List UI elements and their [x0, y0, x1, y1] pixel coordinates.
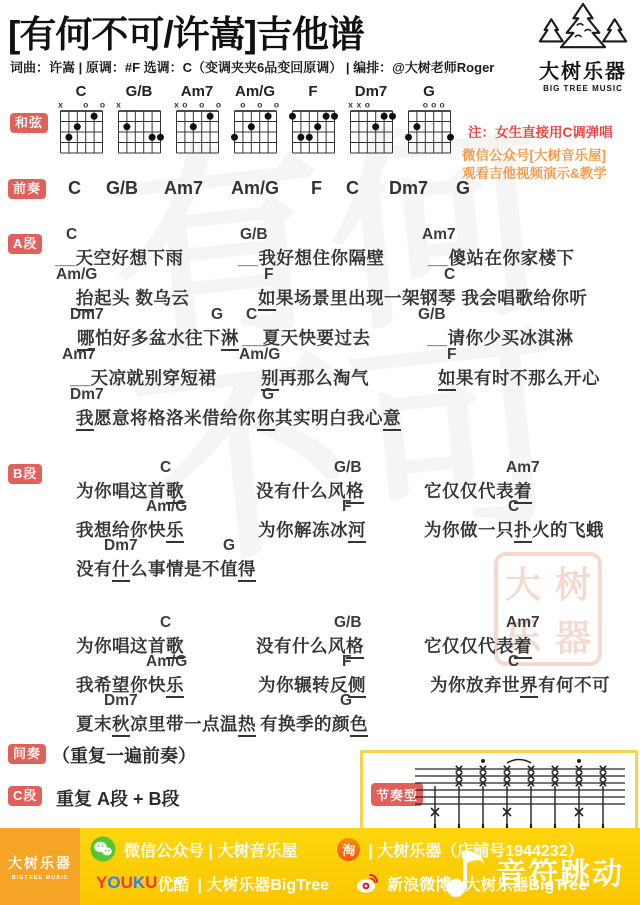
chord-name: G: [400, 84, 458, 99]
lyric-text: 果场景里出现一架钢琴 我会唱歌给你听: [276, 288, 587, 308]
lyric-text: 凉里带一点温: [130, 714, 238, 734]
chord-label: F: [342, 653, 351, 671]
chord-name: C: [52, 84, 110, 99]
svg-text:o: o: [364, 100, 369, 110]
youku-letter: U: [145, 873, 157, 892]
footer-youku-text: | 大树乐器BigTree: [197, 872, 329, 895]
chord-label: F: [342, 498, 351, 516]
lyric-text: 没有: [76, 559, 112, 579]
lyric-text: 愿意将格洛米借给你: [94, 408, 256, 428]
note-watermark-text: 音符跳动: [496, 849, 624, 893]
credits-line: 词曲：许嵩 | 原调：#F 选调：C（变调夹夹6品变回原调） | 编排：@大树老…: [10, 57, 494, 76]
chord-name: G/B: [110, 84, 168, 99]
lyric-text: 起头 数乌云: [94, 288, 189, 308]
chord-label: F: [264, 266, 273, 284]
underlined-char: 河: [348, 520, 366, 543]
lyric-phrase: 为你解冻冰河: [258, 517, 366, 542]
chord-grid: x: [111, 99, 168, 157]
note-wechat-text: 微信公众号[大树音乐屋]: [462, 144, 606, 164]
logo-subtitle: BIG TREE MUSIC: [528, 84, 638, 93]
intro-chord: G: [456, 178, 470, 199]
chord-label: G/B: [334, 459, 362, 477]
chord-label: F: [447, 346, 456, 364]
note-red-text: 注：女生直接用C调弹唱: [468, 121, 613, 141]
lyric-phrase: __我好想住你隔壁: [238, 245, 384, 270]
youku-suffix: 优酷: [157, 872, 189, 895]
chord-grid: [285, 99, 342, 157]
chord-grid: xooo: [169, 99, 226, 157]
lyric-text: __天空好想下雨: [55, 248, 183, 268]
intro-badge: 前奏: [8, 179, 46, 199]
chord-grid: ooo: [227, 99, 284, 157]
underlined-char: 界: [520, 675, 538, 698]
pine-trees-icon: [535, 2, 631, 52]
chord-label: Am7: [62, 346, 96, 364]
svg-text:o: o: [182, 100, 187, 110]
chord-diagram-g-b: G/Bx: [110, 84, 168, 162]
chord-diagram-dm7: Dm7xxo: [342, 84, 400, 162]
c-section-text: 重复 A段 + B段: [56, 785, 180, 811]
lyric-phrase: 别再那么淘气: [261, 365, 369, 390]
lyric-text: 没有什么风: [256, 481, 346, 501]
svg-text:x: x: [174, 100, 179, 110]
chord-label: Dm7: [104, 692, 138, 710]
svg-text:o: o: [431, 100, 436, 110]
lyric-text: 有何不可: [538, 675, 610, 695]
chord-diagram-am-g: Am/Gooo: [226, 84, 284, 162]
underlined-char: 如: [258, 288, 276, 311]
svg-text:x: x: [356, 100, 361, 110]
lyric-text: 为你辗转反: [258, 675, 348, 695]
chord-diagram-row: CxooG/BxAm7xoooAm/GoooFDm7xxoGooo: [52, 84, 458, 162]
svg-text:x: x: [348, 100, 353, 110]
chord-label: Am/G: [146, 653, 187, 671]
wechat-icon: [90, 836, 116, 862]
svg-text:o: o: [199, 100, 204, 110]
lyric-text: __我好想住你隔壁: [238, 248, 384, 268]
svg-text:o: o: [422, 100, 427, 110]
intro-chord: F: [311, 178, 322, 199]
lyric-text: 它仅仅代表: [424, 636, 514, 656]
svg-text:o: o: [99, 100, 104, 110]
intro-chord: C: [68, 178, 81, 199]
lyric-text: __夏天快要过去: [242, 328, 370, 348]
svg-text:o: o: [439, 100, 444, 110]
lyric-phrase: 你其实明白我心意: [257, 405, 401, 430]
lyric-text: 再那么淘气: [279, 368, 369, 388]
svg-text:o: o: [257, 100, 262, 110]
underlined-char: 如: [438, 368, 456, 391]
chord-label: Am7: [506, 459, 540, 477]
note-jump-watermark: 音符跳动: [438, 840, 624, 902]
underlined-char: 秋: [112, 714, 130, 737]
weibo-icon: [355, 871, 379, 895]
chord-label: C: [246, 306, 257, 324]
intro-chord: G/B: [106, 178, 138, 199]
lyric-phrase: 夏末秋凉里带一点温热: [76, 711, 256, 736]
underlined-char: 得: [238, 559, 256, 582]
underlined-char: 淋: [221, 328, 239, 351]
underlined-char: 你: [257, 408, 275, 431]
section-badge-0: A段: [8, 234, 42, 254]
chord-grid: xxo: [343, 99, 400, 157]
page-title: [有何不可/许嵩]吉他谱: [8, 4, 364, 58]
lyric-text: 为你放弃世: [430, 675, 520, 695]
chord-name: Am/G: [226, 84, 284, 99]
underlined-char: 我: [76, 408, 94, 431]
chord-label: C: [508, 498, 519, 516]
youku-letter: K: [133, 873, 145, 892]
chord-label: Dm7: [70, 386, 104, 404]
intro-chord: Am/G: [231, 178, 279, 199]
youku-letter: O: [107, 873, 120, 892]
underlined-char: 扑: [514, 520, 532, 543]
c-section-badge: C段: [8, 786, 42, 806]
chord-label: Am7: [506, 614, 540, 632]
underlined-char: 什: [112, 559, 130, 582]
chord-label: Am/G: [239, 346, 280, 364]
chord-diagram-g: Gooo: [400, 84, 458, 162]
chord-diagram-f: F: [284, 84, 342, 162]
guitar-tab-sheet: 有何不可 大树乐器 [有何不可/许嵩]吉他谱 词曲：许嵩 | 原调：#F 选调：…: [0, 0, 640, 905]
lyric-phrase: 如果有时不那么开心: [438, 365, 600, 390]
svg-text:o: o: [83, 100, 88, 110]
music-note-icon: [438, 840, 496, 902]
chord-diagram-c: Cxoo: [52, 84, 110, 162]
taobao-icon: 淘: [337, 838, 360, 861]
bigtree-logo: 大树乐器 BIG TREE MUSIC: [528, 2, 638, 93]
chord-label: G/B: [240, 226, 268, 244]
lyric-phrase: 为你做一只扑火的飞蛾: [424, 517, 604, 542]
lyric-text: __傻站在你家楼下: [428, 248, 574, 268]
lyric-text: 其实明白我心: [275, 408, 383, 428]
lyric-text: 火的飞蛾: [532, 520, 604, 540]
chord-label: G/B: [334, 614, 362, 632]
chord-label: Dm7: [104, 537, 138, 555]
lyric-text: 没有什么风: [256, 636, 346, 656]
chord-name: F: [284, 84, 342, 99]
chord-grid: ooo: [401, 99, 458, 157]
lyric-text: __天凉就别穿短裙: [70, 368, 216, 388]
chord-label: C: [508, 653, 519, 671]
footer-brand-sub: BIGTREE MUSIC: [12, 875, 69, 881]
lyric-text: 么事情是不值: [130, 559, 238, 579]
chord-label: Am7: [422, 226, 456, 244]
lyric-phrase: 没有什么事情是不值得: [76, 556, 256, 581]
chord-diagram-am7: Am7xooo: [168, 84, 226, 162]
lyric-phrase: 哪怕好多盆水往下淋: [77, 325, 239, 350]
chord-label: C: [160, 459, 171, 477]
lyric-phrase: 为你放弃世界有何不可: [430, 672, 610, 697]
footer-wechat-text: 微信公众号 | 大树音乐屋: [124, 838, 297, 861]
interlude-badge: 间奏: [8, 744, 46, 764]
chord-label: Am/G: [146, 498, 187, 516]
chord-label: G/B: [418, 306, 446, 324]
footer-brand-name: 大树乐器: [8, 853, 72, 873]
chord-label: G: [262, 386, 274, 404]
underlined-char: 乐: [166, 675, 184, 698]
lyric-text: 夏末: [76, 714, 112, 734]
svg-text:o: o: [273, 100, 278, 110]
chords-badge: 和弦: [10, 113, 48, 133]
lyric-text: 怕好多盆水往下: [95, 328, 221, 348]
svg-text:o: o: [240, 100, 245, 110]
youku-letter: U: [121, 873, 133, 892]
chord-label: C: [66, 226, 77, 244]
lyric-text: 果有时不那么开心: [456, 368, 600, 388]
underlined-char: 乐: [166, 520, 184, 543]
chord-label: C: [444, 266, 455, 284]
note-video-text: 观看吉他视频演示&教学: [462, 162, 607, 182]
chord-label: G: [223, 537, 235, 555]
chord-name: Dm7: [342, 84, 400, 99]
lyric-phrase: 有换季的颜色: [260, 711, 368, 736]
underlined-char: 热: [238, 714, 256, 737]
lyric-text: 为你做一只: [424, 520, 514, 540]
chord-label: G: [211, 306, 223, 324]
svg-text:x: x: [58, 100, 63, 110]
chord-grid: xoo: [53, 99, 110, 157]
lyric-text: __请你少买冰淇淋: [427, 328, 573, 348]
chord-label: Dm7: [70, 306, 104, 324]
underlined-char: 意: [383, 408, 401, 431]
lyric-text: 它仅仅代表: [424, 481, 514, 501]
intro-chord: C: [346, 178, 359, 199]
svg-text:o: o: [215, 100, 220, 110]
rhythm-tab-notation: [409, 754, 631, 839]
chord-label: G: [340, 692, 352, 710]
lyric-text: 为你解冻冰: [258, 520, 348, 540]
footer-brand-block: 大树乐器 BIGTREE MUSIC: [0, 828, 80, 905]
section-badge-1: B段: [8, 464, 42, 484]
underlined-char: 色: [350, 714, 368, 737]
chord-label: Am/G: [56, 266, 97, 284]
intro-chord: Am7: [164, 178, 203, 199]
logo-name: 大树乐器: [528, 55, 638, 84]
chord-label: C: [160, 614, 171, 632]
svg-text:x: x: [116, 100, 121, 110]
youku-logo: YOUKU: [96, 873, 157, 893]
lyric-text: 有换季的颜: [260, 714, 350, 734]
youku-letter: Y: [96, 873, 107, 892]
interlude-text: （重复一遍前奏）: [52, 742, 196, 768]
intro-chord: Dm7: [389, 178, 428, 199]
lyric-phrase: 我愿意将格洛米借给你: [76, 405, 256, 430]
chord-name: Am7: [168, 84, 226, 99]
